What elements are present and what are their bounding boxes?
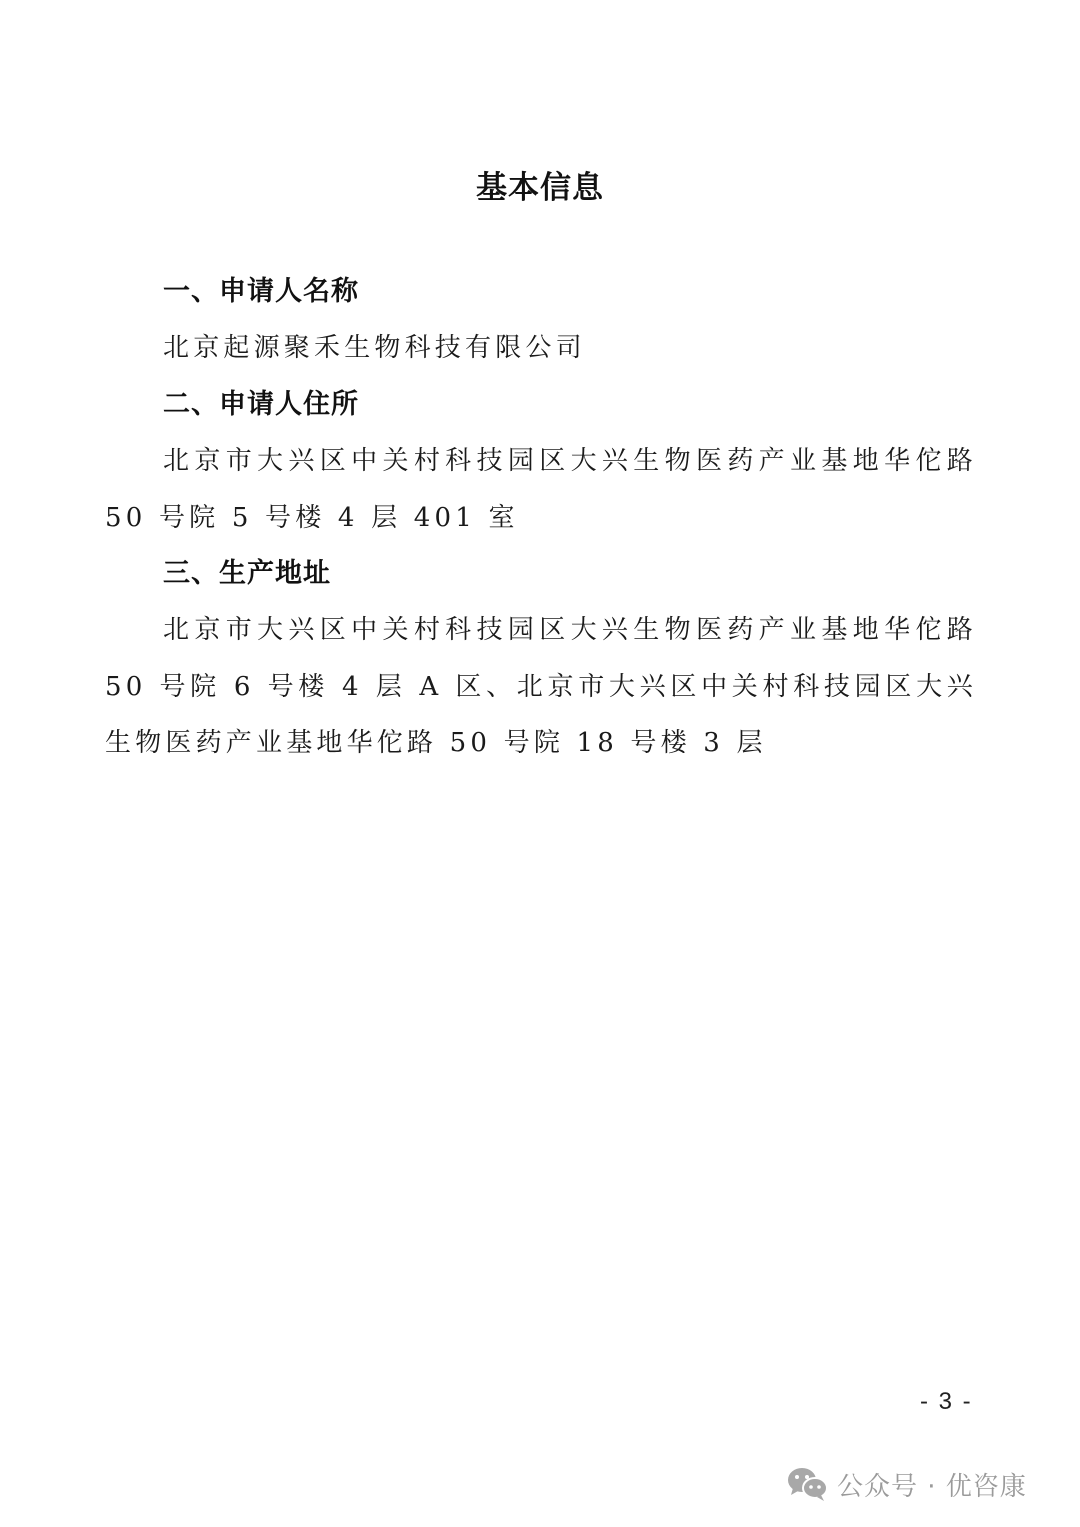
- section-content-production-address: 北京市大兴区中关村科技园区大兴生物医药产业基地华佗路 50 号院 6 号楼 4 …: [105, 602, 977, 772]
- wechat-icon: [787, 1466, 829, 1502]
- section-heading-applicant-name: 一、申请人名称: [163, 272, 359, 312]
- section-content-applicant-address: 北京市大兴区中关村科技园区大兴生物医药产业基地华佗路 50 号院 5 号楼 4 …: [105, 433, 977, 546]
- watermark: 公众号 · 优咨康: [787, 1464, 1027, 1504]
- section-content-applicant-name: 北京起源聚禾生物科技有限公司: [105, 320, 977, 377]
- watermark-text: 公众号 · 优咨康: [837, 1466, 1027, 1503]
- section-heading-applicant-address: 二、申请人住所: [163, 385, 359, 425]
- document-page: 基本信息 一、申请人名称 北京起源聚禾生物科技有限公司 二、申请人住所 北京市大…: [0, 0, 1080, 1527]
- page-number: - 3 -: [920, 1386, 973, 1418]
- document-title: 基本信息: [0, 166, 1080, 210]
- section-heading-production-address: 三、生产地址: [163, 554, 331, 594]
